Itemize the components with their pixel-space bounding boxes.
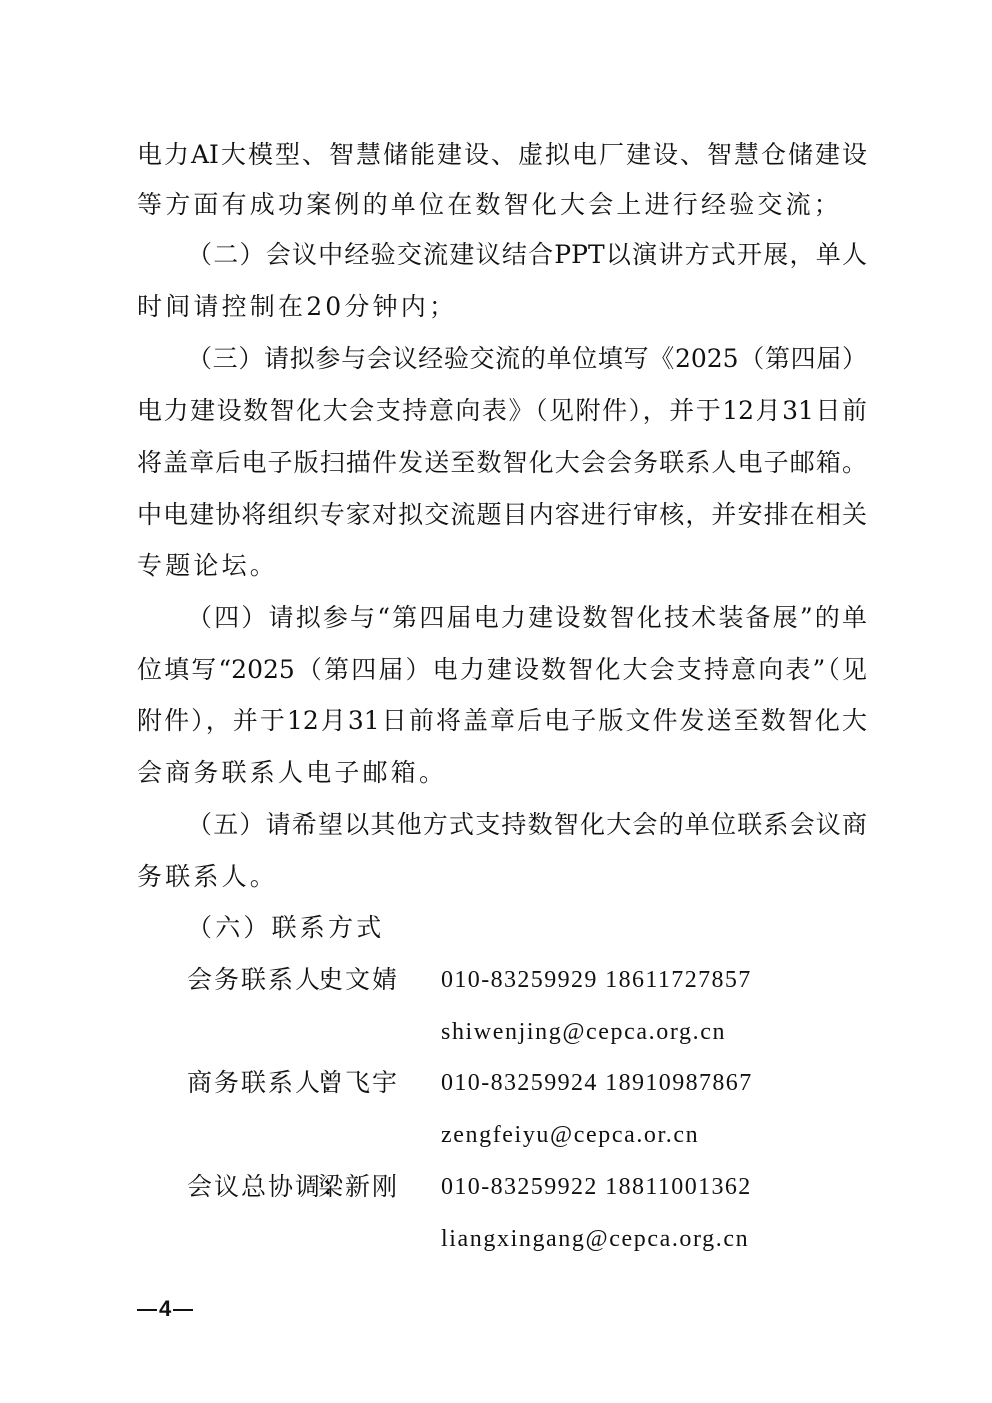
- contact-email: liangxingang@cepca.org.cn: [441, 1224, 749, 1254]
- dash-decoration: [173, 1309, 193, 1311]
- item-5-heading-line: （五）请希望以其他方式支持数智化大会的单位联系会议商: [187, 810, 867, 840]
- contact-phones: 010-83259929 18611727857: [441, 965, 752, 995]
- paragraph-line: 专题论坛。: [137, 551, 867, 581]
- paragraph-line: 等方面有成功案例的单位在数智化大会上进行经验交流；: [137, 190, 867, 220]
- item-4-heading-line: （四）请拟参与“第四届电力建设数智化技术装备展”的单: [187, 603, 867, 633]
- paragraph-line: 将盖章后电子版扫描件发送至数智化大会会务联系人电子邮箱。: [137, 448, 867, 478]
- contact-name: 曾飞宇: [318, 1068, 399, 1098]
- item-6-heading: （六）联系方式: [187, 913, 867, 943]
- paragraph-line: 时间请控制在20分钟内；: [137, 292, 867, 322]
- contact-phones: 010-83259924 18910987867: [441, 1068, 753, 1098]
- paragraph-line: 电力建设数智化大会支持意向表》（见附件），并于12月31日前: [137, 396, 867, 426]
- page-number: 4: [135, 1297, 195, 1321]
- dash-decoration: [137, 1309, 157, 1311]
- contact-name: 梁新刚: [318, 1172, 399, 1202]
- page-number-value: 4: [159, 1296, 171, 1321]
- contact-email: shiwenjing@cepca.org.cn: [441, 1017, 726, 1047]
- paragraph-line: 务联系人。: [137, 862, 867, 892]
- paragraph-line: 会商务联系人电子邮箱。: [137, 758, 867, 788]
- contact-phones: 010-83259922 18811001362: [441, 1172, 752, 1202]
- paragraph-line: 中电建协将组织专家对拟交流题目内容进行审核，并安排在相关: [137, 500, 867, 530]
- item-3-heading-line: （三）请拟参与会议经验交流的单位填写《2025（第四届）: [187, 344, 867, 374]
- paragraph-line: 电力AI大模型、智慧储能建设、虚拟电厂建设、智慧仓储建设: [137, 140, 867, 170]
- contact-email: zengfeiyu@cepca.or.cn: [441, 1120, 699, 1150]
- item-2-heading-line: （二）会议中经验交流建议结合PPT以演讲方式开展，单人: [187, 240, 867, 270]
- paragraph-line: 附件），并于12月31日前将盖章后电子版文件发送至数智化大: [137, 706, 867, 736]
- paragraph-line: 位填写“2025（第四届）电力建设数智化大会支持意向表”（见: [137, 655, 867, 685]
- contact-name: 史文婧: [318, 965, 399, 995]
